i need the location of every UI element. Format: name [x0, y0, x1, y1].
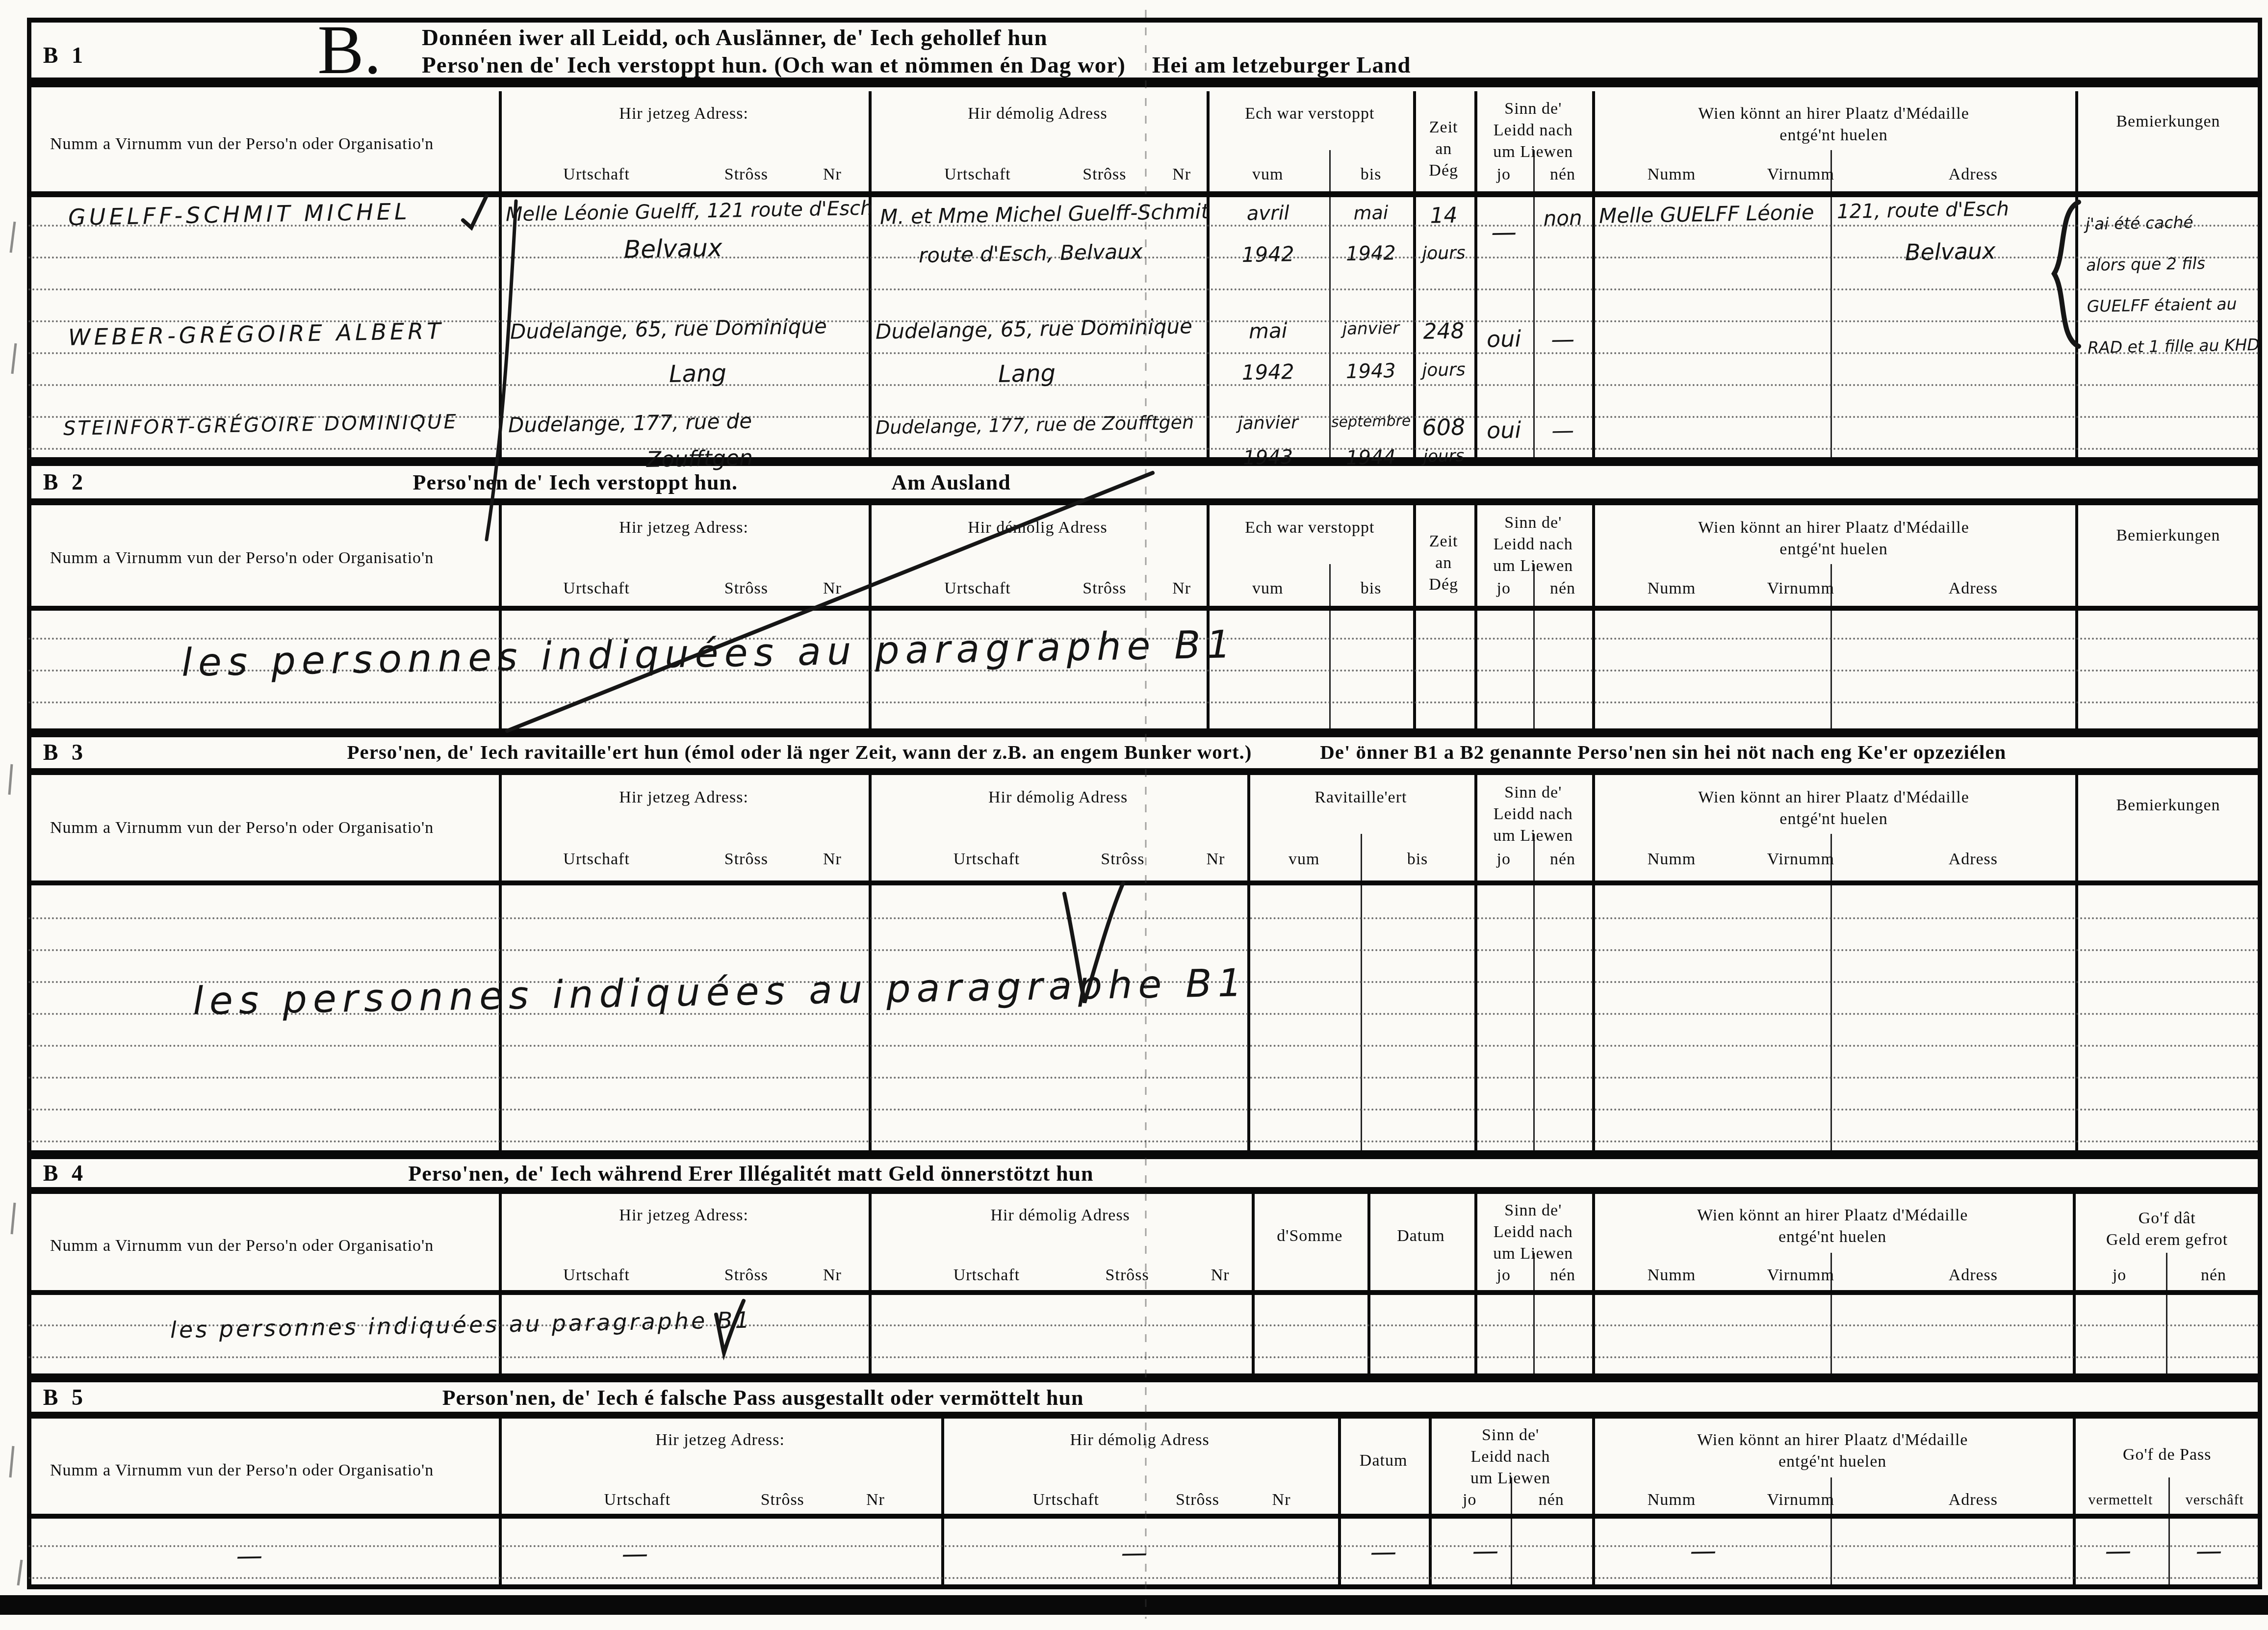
b2-title-right: Am Ausland [891, 470, 1011, 495]
col-nr: Nr [807, 164, 857, 185]
col-bis: bis [1329, 164, 1413, 185]
col-gof-geld: Go'f dât Geld erem gefrot [2073, 1208, 2261, 1251]
col-jo: jo [1474, 164, 1533, 185]
row2-vum-month: mai [1209, 318, 1327, 344]
col-virnumm: Virnumm [1737, 578, 1864, 599]
col-name: Numm a Virnumm vun der Perso'n oder Orga… [36, 1235, 504, 1257]
col-stross: Strôss [1145, 1489, 1250, 1511]
col-verstoppt: Ech war verstoppt [1207, 103, 1413, 125]
col-verschaft: verschâft [2168, 1490, 2262, 1509]
vline [1207, 505, 1210, 728]
row2-jetzeg-line2: Lang [669, 360, 727, 388]
guide-line [28, 1356, 2261, 1358]
b5-dash: — [1451, 1535, 1520, 1567]
row1-jetzeg-line2: Belvaux [623, 233, 722, 263]
col-sinn-leidd: Sinn de' Leidd nach um Liewen [1429, 1424, 1592, 1490]
rule-b4-colhead-bottom [27, 1290, 2262, 1295]
col-demolig-adress: Hir démolig Adress [869, 787, 1247, 808]
col-jetzeg-adress: Hir jetzeg Adress: [499, 1429, 941, 1451]
row1-vum-year: 1942 [1209, 241, 1327, 267]
col-demolig-adress: Hir démolig Adress [941, 1429, 1338, 1451]
row1-demolig-line2: route d'Esch, Belvaux [918, 239, 1142, 267]
col-vum: vum [1207, 578, 1329, 599]
col-bemierkungen: Bemierkungen [2075, 795, 2261, 816]
vline [2075, 775, 2078, 1150]
col-jo: jo [1474, 578, 1533, 599]
b5-dash: — [1100, 1537, 1168, 1569]
b5-title-band: B 5 Person'nen, de' Iech é falsche Pass … [0, 1381, 2268, 1412]
col-nen: nén [1533, 849, 1592, 870]
vline [1592, 775, 1595, 1150]
b3-title-band: B 3 Perso'nen, de' Iech ravitaille'ert h… [0, 736, 2268, 768]
col-numm: Numm [1603, 1489, 1739, 1511]
col-demolig-adress: Hir démolig Adress [869, 103, 1207, 125]
col-vermettelt: vermettelt [2073, 1490, 2168, 1509]
col-nr: Nr [853, 1489, 898, 1511]
row2-vum-year: 1942 [1209, 359, 1327, 385]
col-name: Numm a Virnumm vun der Perso'n oder Orga… [36, 133, 504, 155]
col-stross: Strôss [1075, 1265, 1180, 1286]
col-urtschaft: Urtschaft [517, 164, 676, 185]
b2-entry: les personnes indiquées au paragraphe B1 [181, 622, 1237, 685]
col-stross: Strôss [1053, 578, 1157, 599]
col-nr: Nr [807, 849, 857, 870]
row1-jetzeg-line1: Melle Léonie Guelff, 121 route d'Esch [506, 197, 873, 226]
b5-title: Person'nen, de' Iech é falsche Pass ausg… [442, 1385, 1084, 1410]
b5-dash: — [1669, 1535, 1738, 1567]
col-stross: Strôss [694, 578, 799, 599]
col-verstoppt: Ech war verstoppt [1207, 517, 1413, 539]
col-virnumm: Virnumm [1737, 1489, 1864, 1511]
col-jo: jo [1474, 1265, 1533, 1286]
col-bis: bis [1361, 849, 1474, 870]
row2-jetzeg-line1: Dudelange, 65, rue Dominique [510, 314, 827, 343]
row2-demolig-line1: Dudelange, 65, rue Dominique [875, 314, 1192, 343]
vline [499, 505, 502, 728]
guide-line [28, 949, 2261, 951]
scanned-resistance-form: B 1 B. Donnéen iwer all Leidd, och Auslä… [0, 0, 2268, 1630]
b1-title-band: B 1 B. Donnéen iwer all Leidd, och Auslä… [0, 23, 2268, 78]
b5-dash: — [2084, 1535, 2153, 1567]
rule-b2-title-bottom [27, 498, 2262, 505]
vline [869, 91, 872, 457]
row3-vum-month: janvier [1209, 412, 1327, 434]
guide-line [28, 1045, 2261, 1047]
col-nr: Nr [807, 1265, 857, 1286]
col-sinn-leidd: Sinn de' Leidd nach um Liewen [1474, 98, 1592, 163]
col-nen: nén [1533, 1265, 1592, 1286]
col-stross: Strôss [1071, 849, 1175, 870]
col-urtschaft: Urtschaft [517, 849, 676, 870]
col-virnumm: Virnumm [1737, 849, 1864, 870]
row1-zeit-unit: jours [1413, 243, 1474, 264]
vline [2075, 91, 2078, 457]
b3-table: Numm a Virnumm vun der Perso'n oder Orga… [0, 775, 2268, 1150]
col-name: Numm a Virnumm vun der Perso'n oder Orga… [36, 817, 504, 839]
vline [1367, 1194, 1370, 1373]
guide-line [28, 288, 2261, 290]
guide-line [28, 1109, 2261, 1111]
guide-line [28, 352, 2261, 354]
col-nen: nén [1533, 164, 1592, 185]
col-urtschaft: Urtschaft [517, 578, 676, 599]
col-numm: Numm [1603, 1265, 1739, 1286]
col-jetzeg-adress: Hir jetzeg Adress: [499, 1205, 869, 1226]
col-nen: nén [1511, 1489, 1592, 1511]
row3-jo: oui [1474, 416, 1533, 444]
col-wien-medaille: Wien könnt an hirer Plaatz d'Médaille en… [1592, 787, 2075, 830]
b5-dash: — [601, 1538, 670, 1570]
rule-b3-colhead-bottom [27, 880, 2262, 885]
row2-nen: — [1533, 325, 1592, 354]
col-jo: jo [1429, 1489, 1510, 1511]
row2-bis-year: 1943 [1331, 360, 1411, 384]
col-urtschaft: Urtschaft [907, 849, 1066, 870]
col-sinn-leidd: Sinn de' Leidd nach um Liewen [1474, 1200, 1592, 1265]
rule-b5-bottom [27, 1584, 2262, 1589]
row3-jetzeg-line1: Dudelange, 177, rue de [508, 409, 752, 438]
col-name: Numm a Virnumm vun der Perso'n oder Orga… [36, 1460, 504, 1481]
b1-big-letter: B. [317, 15, 381, 84]
col-numm: Numm [1603, 164, 1739, 185]
col-adress: Adress [1878, 164, 2068, 185]
row1-bemierkungen: j'ai été caché alors que 2 fils GUELFF é… [2085, 201, 2260, 368]
b3-section-label: B 3 [43, 739, 87, 765]
row2-name: WEBER-GRÉGOIRE ALBERT [68, 317, 444, 350]
guide-line [28, 1077, 2261, 1079]
rule-b5-colhead-bottom [27, 1514, 2262, 1519]
row3-bis-month: septembre [1331, 413, 1411, 431]
col-bis: bis [1329, 578, 1413, 599]
col-urtschaft: Urtschaft [558, 1489, 717, 1511]
col-nr: Nr [1159, 164, 1204, 185]
vline [1247, 775, 1250, 1150]
b2-table: Numm a Virnumm vun der Perso'n oder Orga… [0, 505, 2268, 728]
col-sinn-leidd: Sinn de' Leidd nach um Liewen [1474, 512, 1592, 577]
col-numm: Numm [1603, 578, 1739, 599]
guide-line [28, 448, 2261, 450]
guide-line [28, 917, 2261, 919]
col-adress: Adress [1878, 578, 2068, 599]
col-demolig-adress: Hir démolig Adress [869, 1205, 1252, 1226]
col-nr: Nr [807, 578, 857, 599]
col-bemierkungen: Bemierkungen [2075, 111, 2261, 132]
col-adress: Adress [1878, 1489, 2068, 1511]
b1-table: Numm a Virnumm vun der Perso'n oder Orga… [0, 91, 2268, 457]
col-datum: Datum [1367, 1225, 1474, 1247]
guide-line [28, 384, 2261, 386]
vline [869, 775, 872, 1150]
col-ravitailleert: Ravitaille'ert [1247, 787, 1474, 808]
b1-title-right: Hei am letzeburger Land [1152, 52, 1411, 78]
col-gof-pass: Go'f de Pass [2073, 1444, 2261, 1466]
vline [1207, 91, 1210, 457]
col-wien-medaille: Wien könnt an hirer Plaatz d'Médaille en… [1592, 517, 2075, 560]
col-stross: Strôss [730, 1489, 835, 1511]
row2-bis-month: janvier [1331, 318, 1411, 339]
b2-title: Perso'nen de' Iech verstoppt hun. [413, 470, 738, 495]
b1-title-line2: Perso'nen de' Iech verstoppt hun. (Och w… [422, 52, 1126, 78]
col-demolig-adress: Hir démolig Adress [869, 517, 1207, 539]
b5-section-label: B 5 [43, 1384, 87, 1410]
col-numm: Numm [1603, 849, 1739, 870]
col-name: Numm a Virnumm vun der Perso'n oder Orga… [36, 547, 504, 569]
row3-zeit-number: 608 [1413, 414, 1474, 441]
vline [1338, 1419, 1341, 1584]
col-nr: Nr [1259, 1489, 1304, 1511]
b2-title-band: B 2 Perso'nen de' Iech verstoppt hun. Am… [0, 465, 2268, 498]
col-wien-medaille: Wien könnt an hirer Plaatz d'Médaille en… [1592, 1429, 2073, 1473]
col-nen: nén [1533, 578, 1592, 599]
col-jetzeg-adress: Hir jetzeg Adress: [499, 103, 869, 125]
col-stross: Strôss [694, 1265, 799, 1286]
col-urtschaft: Urtschaft [517, 1265, 676, 1286]
col-jo: jo [1474, 849, 1533, 870]
row2-zeit-number: 248 [1413, 318, 1474, 344]
col-urtschaft: Urtschaft [898, 578, 1057, 599]
col-stross: Strôss [694, 164, 799, 185]
b5-dash: — [215, 1540, 284, 1572]
col-wien-medaille: Wien könnt an hirer Plaatz d'Médaille en… [1592, 103, 2075, 146]
guide-line [28, 1577, 2261, 1579]
row1-wien-adress1: 121, route d'Esch [1837, 198, 2010, 223]
col-jo: jo [2073, 1265, 2166, 1286]
row1-bis-month: mai [1331, 202, 1411, 225]
col-urtschaft: Urtschaft [898, 164, 1057, 185]
col-wien-medaille: Wien könnt an hirer Plaatz d'Médaille en… [1592, 1205, 2073, 1248]
col-nr: Nr [1197, 1265, 1242, 1286]
col-vum: vum [1207, 164, 1329, 185]
row1-jo: — [1474, 217, 1533, 248]
row3-nen: — [1533, 416, 1592, 444]
b4-title-band: B 4 Perso'nen, de' Iech während Erer Ill… [0, 1158, 2268, 1187]
rule-b5-title-bottom [27, 1412, 2262, 1419]
col-nen: nén [2166, 1265, 2261, 1286]
col-nr: Nr [1193, 849, 1238, 870]
guide-line [28, 701, 2261, 703]
col-virnumm: Virnumm [1737, 164, 1864, 185]
b5-dash: — [2175, 1535, 2243, 1567]
row3-demolig: Dudelange, 177, rue de Zoufftgen [876, 411, 1194, 438]
rule-b3-title-bottom [27, 768, 2262, 775]
guide-line [28, 1140, 2261, 1142]
col-stross: Strôss [694, 849, 799, 870]
col-nr: Nr [1159, 578, 1204, 599]
row1-wien-name: Melle GUELFF Léonie [1599, 200, 1814, 228]
b1-title-line1: Donnéen iwer all Leidd, och Auslänner, d… [422, 25, 1048, 51]
col-urtschaft: Urtschaft [986, 1489, 1145, 1511]
col-adress: Adress [1878, 1265, 2068, 1286]
b3-title-note: De' önner B1 a B2 genannte Perso'nen sin… [1320, 740, 2006, 764]
vline [1252, 1194, 1255, 1373]
b4-section-label: B 4 [43, 1160, 87, 1186]
row1-vum-month: avril [1209, 201, 1327, 226]
b3-title: Perso'nen, de' Iech ravitaille'ert hun (… [347, 740, 1252, 764]
col-jetzeg-adress: Hir jetzeg Adress: [499, 787, 869, 808]
col-jetzeg-adress: Hir jetzeg Adress: [499, 517, 869, 539]
b1-section-label: B 1 [43, 42, 87, 68]
row1-nen: non [1533, 206, 1592, 231]
vline [869, 505, 872, 728]
col-vum: vum [1247, 849, 1361, 870]
col-zeit-an-deg: Zeit an Dég [1413, 531, 1474, 596]
row1-wien-adress2: Belvaux [1905, 237, 1996, 265]
col-stross: Strôss [1053, 164, 1157, 185]
rule-b4-title-bottom [27, 1187, 2262, 1194]
col-bemierkungen: Bemierkungen [2075, 525, 2261, 546]
row2-demolig-line2: Lang [998, 360, 1056, 388]
b5-table: Numm a Virnumm vun der Perso'n oder Orga… [0, 1419, 2268, 1584]
b4-table: Numm a Virnumm vun der Perso'n oder Orga… [0, 1194, 2268, 1373]
row2-zeit-unit: jours [1413, 360, 1474, 381]
rule-b2-colhead-bottom [27, 606, 2262, 611]
col-dsomme: d'Somme [1252, 1225, 1367, 1247]
b2-section-label: B 2 [43, 469, 87, 495]
b5-dash: — [1349, 1536, 1418, 1568]
b4-entry: les personnes indiquées au paragraphe B1 [170, 1307, 751, 1344]
row1-zeit-number: 14 [1413, 203, 1474, 229]
rule-b1-colhead-bottom [27, 191, 2262, 197]
row1-bis-year: 1942 [1331, 242, 1411, 266]
row3-zeit-unit: jours [1413, 446, 1474, 466]
row2-jo: oui [1474, 325, 1533, 353]
col-virnumm: Virnumm [1737, 1265, 1864, 1286]
col-urtschaft: Urtschaft [907, 1265, 1066, 1286]
rule-page-bottom [0, 1595, 2268, 1615]
col-adress: Adress [1878, 849, 2068, 870]
b4-title: Perso'nen, de' Iech während Erer Illégal… [408, 1161, 1093, 1186]
col-sinn-leidd: Sinn de' Leidd nach um Liewen [1474, 782, 1592, 847]
col-zeit-an-deg: Zeit an Dég [1413, 117, 1474, 182]
col-datum: Datum [1338, 1450, 1429, 1472]
row3-name: STEINFORT-GRÉGOIRE DOMINIQUE [63, 411, 458, 440]
